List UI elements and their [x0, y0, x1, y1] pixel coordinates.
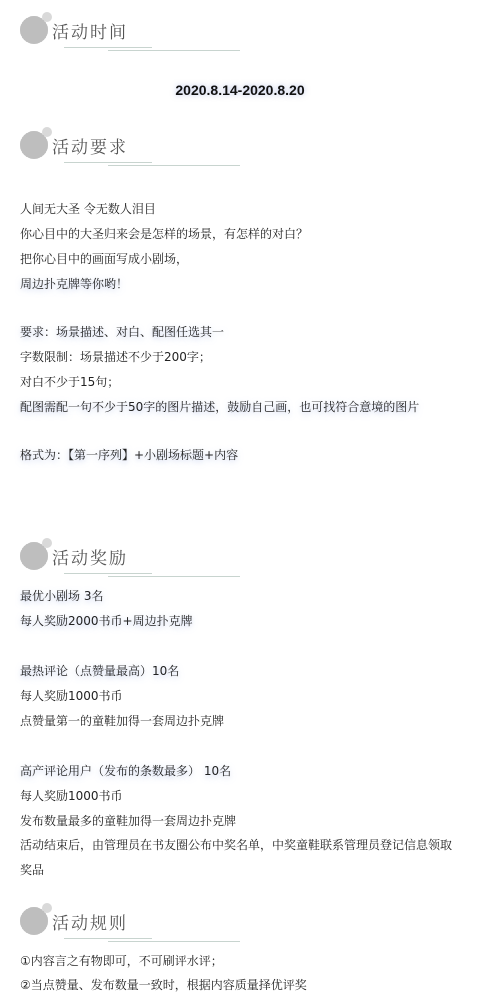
section-title: 活动要求 — [52, 133, 128, 158]
section-title: 活动奖励 — [52, 544, 128, 569]
underline-divider — [108, 165, 240, 166]
underline-divider — [108, 941, 240, 942]
underline-divider — [64, 47, 152, 48]
underline-divider — [64, 938, 152, 939]
section-header-rewards: 活动奖励 — [20, 538, 250, 572]
section-header-requirements: 活动要求 — [20, 127, 250, 161]
text-line: 最优小剧场 3名 — [20, 588, 103, 604]
section-title: 活动时间 — [52, 18, 128, 43]
underline-divider — [64, 573, 152, 574]
text-line: 每人奖励1000书币 — [20, 788, 123, 804]
text-line: 配图需配一句不少于50字的图片描述，鼓励自己画，也可找符合意境的图片 — [20, 399, 419, 415]
text-line: 奖品 — [20, 862, 44, 878]
text-line: ①内容言之有物即可，不可刷评水评； — [20, 953, 223, 969]
small-circle-icon — [42, 127, 52, 137]
section-header-rules: 活动规则 — [20, 903, 250, 937]
underline-divider — [108, 576, 240, 577]
small-circle-icon — [42, 538, 52, 548]
text-line: 格式为：【第一序列】+小剧场标题+内容 — [20, 447, 238, 463]
small-circle-icon — [42, 903, 52, 913]
underline-divider — [108, 50, 240, 51]
text-line: 要求：场景描述、对白、配图任选其一 — [20, 324, 224, 340]
section-title: 活动规则 — [52, 909, 128, 934]
small-circle-icon — [42, 12, 52, 22]
text-line: 字数限制：场景描述不少于200字； — [20, 349, 211, 365]
underline-divider — [64, 162, 152, 163]
text-line: ②当点赞量、发布数量一致时，根据内容质量择优评奖 — [20, 977, 307, 993]
text-line: 周边扑克牌等你哟！ — [20, 276, 128, 292]
text-line: 人间无大圣 令无数人泪目 — [20, 201, 156, 217]
text-line: 活动结束后，由管理员在书友圈公布中奖名单，中奖童鞋联系管理员登记信息领取 — [20, 837, 452, 853]
text-line: 每人奖励2000书币+周边扑克牌 — [20, 613, 193, 629]
text-line: 对白不少于15句； — [20, 374, 119, 390]
text-line: 发布数量最多的童鞋加得一套周边扑克牌 — [20, 813, 236, 829]
date-range: 2020.8.14-2020.8.20 — [0, 82, 480, 98]
text-line: 点赞量第一的童鞋加得一套周边扑克牌 — [20, 713, 224, 729]
text-line: 最热评论（点赞量最高）10名 — [20, 663, 179, 679]
section-header-time: 活动时间 — [20, 12, 250, 46]
text-line: 你心目中的大圣归来会是怎样的场景，有怎样的对白？ — [20, 226, 308, 242]
text-line: 每人奖励1000书币 — [20, 688, 123, 704]
text-line: 高产评论用户（发布的条数最多） 10名 — [20, 763, 231, 779]
text-line: 把你心目中的画面写成小剧场， — [20, 251, 188, 267]
